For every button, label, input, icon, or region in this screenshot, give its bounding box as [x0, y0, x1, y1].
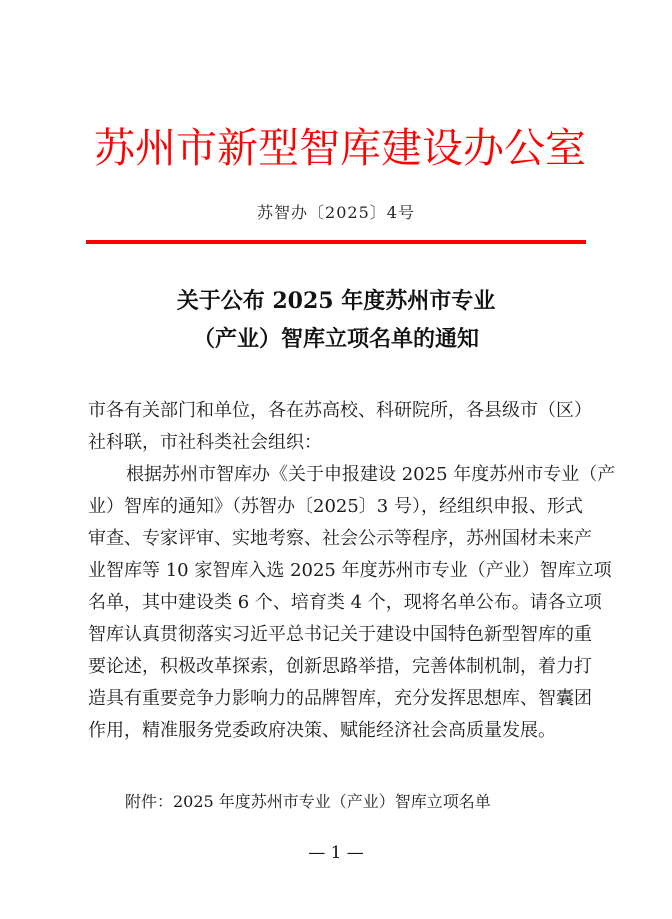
page-number: — 1 —	[0, 840, 672, 866]
paragraph-line: 审查、专家评审、实地考察、社会公示等程序，苏州国材未来产	[88, 523, 582, 555]
org-title-char: 建	[381, 118, 422, 178]
org-title-char: 新	[217, 118, 258, 178]
paragraph-line: 业）智库的通知》（苏智办〔2025〕3 号），经组织申报、形式	[88, 491, 582, 523]
document-page: 苏 州 市 新 型 智 库 建 设 办 公 室 苏智办〔2025〕4号 关于公布…	[0, 0, 672, 919]
document-number: 苏智办〔2025〕4号	[0, 200, 672, 226]
notice-title-line-2: （产业）智库立项名单的通知	[0, 320, 672, 358]
attachment-note: 附件：2025 年度苏州市专业（产业）智库立项名单	[125, 789, 491, 815]
notice-title: 关于公布 2025 年度苏州市专业 （产业）智库立项名单的通知	[0, 282, 672, 358]
org-title-char: 库	[340, 118, 381, 178]
paragraph-line: 作用，精准服务党委政府决策、赋能经济社会高质量发展。	[88, 715, 582, 747]
org-title-char: 办	[463, 118, 504, 178]
org-title-char: 州	[135, 118, 176, 178]
org-title-char: 苏	[94, 118, 135, 178]
addressee-line: 市各有关部门和单位，各在苏高校、科研院所，各县级市（区）	[88, 395, 582, 427]
paragraph-line: 智库认真贯彻落实习近平总书记关于建设中国特色新型智库的重	[88, 619, 582, 651]
paragraph-line: 造具有重要竞争力影响力的品牌智库，充分发挥思想库、智囊团	[88, 683, 582, 715]
notice-title-line-1: 关于公布 2025 年度苏州市专业	[0, 282, 672, 320]
issuing-organization-title: 苏 州 市 新 型 智 库 建 设 办 公 室	[86, 118, 586, 178]
paragraph-line: 名单，其中建设类 6 个、培育类 4 个，现将名单公布。请各立项	[88, 587, 582, 619]
org-title-char: 室	[545, 118, 586, 178]
addressee-line: 社科联，市社科类社会组织：	[88, 427, 582, 459]
org-title-char: 市	[176, 118, 217, 178]
paragraph-line: 业智库等 10 家智库入选 2025 年度苏州市专业（产业）智库立项	[88, 555, 582, 587]
org-title-char: 智	[299, 118, 340, 178]
paragraph-line: 要论述，积极改革探索，创新思路举措，完善体制机制，着力打	[88, 651, 582, 683]
notice-body: 市各有关部门和单位，各在苏高校、科研院所，各县级市（区） 社科联，市社科类社会组…	[88, 395, 582, 747]
red-header-rule	[86, 240, 586, 244]
org-title-char: 设	[422, 118, 463, 178]
org-title-char: 型	[258, 118, 299, 178]
org-title-char: 公	[504, 118, 545, 178]
paragraph-line: 根据苏州市智库办《关于申报建设 2025 年度苏州市专业（产	[88, 459, 582, 491]
